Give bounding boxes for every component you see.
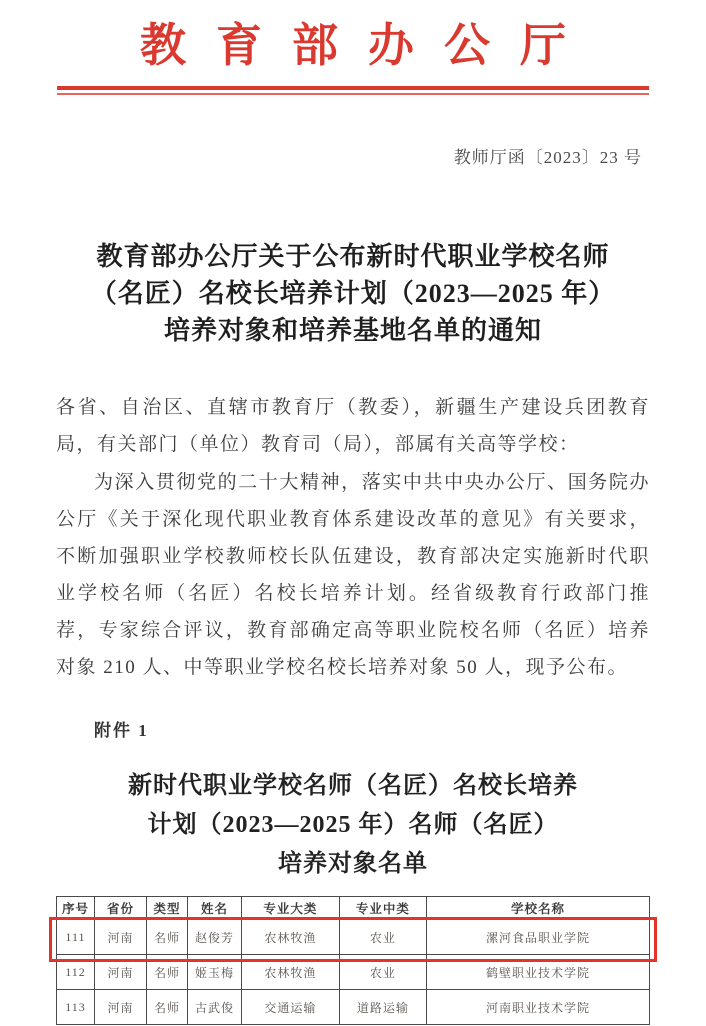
col-header-major-category: 专业大类 <box>241 897 339 920</box>
roster-table-title: 新时代职业学校名师（名匠）名校长培养 计划（2023—2025 年）名师（名匠）… <box>0 767 706 884</box>
table-row-111: 111 河南 名师 赵俊芳 农林牧渔 农业 漯河食品职业学院 <box>57 920 650 955</box>
table-row-113: 113 河南 名师 古武俊 交通运输 道路运输 河南职业技术学院 <box>57 990 650 1025</box>
col-header-name: 姓名 <box>188 897 242 920</box>
cell-province: 河南 <box>94 990 146 1025</box>
cell-major-category: 农林牧渔 <box>241 955 339 990</box>
cell-sub-category: 农业 <box>339 955 426 990</box>
cell-province: 河南 <box>94 955 146 990</box>
body-paragraph: 为深入贯彻党的二十大精神，落实中共中央办公厅、国务院办公厅《关于深化现代职业教育… <box>56 464 650 686</box>
cell-sub-category: 农业 <box>339 920 426 955</box>
cell-name: 赵俊芳 <box>188 920 242 955</box>
notice-title-line-1: 教育部办公厅关于公布新时代职业学校名师 <box>0 238 706 275</box>
cell-school: 漯河食品职业学院 <box>426 920 649 955</box>
attachment-label: 附件 1 <box>94 716 706 741</box>
cell-sub-category: 道路运输 <box>339 990 426 1025</box>
cell-index: 113 <box>57 990 95 1025</box>
cell-name: 姬玉梅 <box>188 955 242 990</box>
col-header-index: 序号 <box>57 897 95 920</box>
notice-title-line-3: 培养对象和培养基地名单的通知 <box>0 312 706 349</box>
document-number: 教师厅函〔2023〕23 号 <box>0 143 706 168</box>
cell-name: 古武俊 <box>188 990 242 1025</box>
notice-title-line-2: （名匠）名校长培养计划（2023—2025 年） <box>0 275 706 312</box>
col-header-school: 学校名称 <box>426 897 649 920</box>
col-header-province: 省份 <box>94 897 146 920</box>
roster-title-line-1: 新时代职业学校名师（名匠）名校长培养 <box>0 767 706 806</box>
header-divider-thick <box>57 86 649 90</box>
recipients-paragraph: 各省、自治区、直辖市教育厅（教委），新疆生产建设兵团教育局，有关部门（单位）教育… <box>56 389 650 463</box>
cell-province: 河南 <box>94 920 146 955</box>
cell-type: 名师 <box>147 990 188 1025</box>
table-header-row: 序号 省份 类型 姓名 专业大类 专业中类 学校名称 <box>57 897 650 920</box>
roster-title-line-3: 培养对象名单 <box>0 845 706 884</box>
table-row-112: 112 河南 名师 姬玉梅 农林牧渔 农业 鹤壁职业技术学院 <box>57 955 650 990</box>
col-header-type: 类型 <box>147 897 188 920</box>
cell-index: 111 <box>57 920 95 955</box>
roster-table-wrap: 序号 省份 类型 姓名 专业大类 专业中类 学校名称 111 河南 名师 赵俊芳… <box>56 896 650 1025</box>
cell-index: 112 <box>57 955 95 990</box>
header-divider-thin <box>57 93 649 95</box>
roster-table: 序号 省份 类型 姓名 专业大类 专业中类 学校名称 111 河南 名师 赵俊芳… <box>56 896 650 1025</box>
cell-school: 鹤壁职业技术学院 <box>426 955 649 990</box>
notice-title: 教育部办公厅关于公布新时代职业学校名师 （名匠）名校长培养计划（2023—202… <box>0 238 706 349</box>
col-header-sub-category: 专业中类 <box>339 897 426 920</box>
cell-major-category: 农林牧渔 <box>241 920 339 955</box>
cell-type: 名师 <box>147 955 188 990</box>
cell-school: 河南职业技术学院 <box>426 990 649 1025</box>
document-page: 教育部办公厅 教师厅函〔2023〕23 号 教育部办公厅关于公布新时代职业学校名… <box>0 0 706 1026</box>
roster-title-line-2: 计划（2023—2025 年）名师（名匠） <box>0 806 706 845</box>
cell-type: 名师 <box>147 920 188 955</box>
cell-major-category: 交通运输 <box>241 990 339 1025</box>
agency-header: 教育部办公厅 <box>0 0 706 72</box>
